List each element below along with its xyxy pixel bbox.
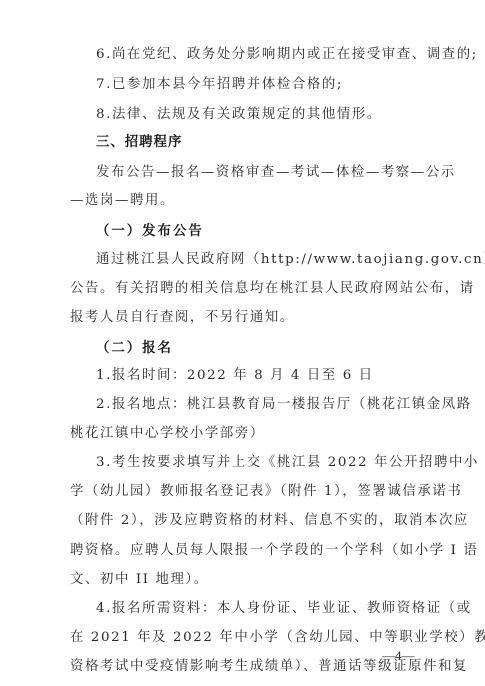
body-text-line: 1.报名时间：2022 年 8 月 4 日至 6 日 — [96, 367, 374, 385]
body-text-line: 3.考生按要求填写并上交《桃江县 2022 年公开招聘中小 — [96, 454, 479, 472]
body-text-line: 通过桃江县人民政府网（http://www.taojiang.gov.cn）发布 — [96, 251, 485, 269]
page-number: —4— — [382, 648, 415, 664]
body-text-line: 7.已参加本县今年招聘并体检合格的; — [96, 76, 343, 94]
body-text-line: 在 2021 年及 2022 年中小学（含幼儿园、中等职业学校）教师 — [70, 629, 485, 647]
subsection-heading: （二）报名 — [96, 339, 173, 357]
body-text-line: 2.报名地点：桃江县教育局一楼报告厅（桃花江镇金凤路 — [96, 396, 472, 414]
body-text-line: 发布公告—报名—资格审查—考试—体检—考察—公示 — [96, 164, 456, 182]
body-text-line: 8.法律、法规及有关政策规定的其他情形。 — [96, 106, 382, 124]
body-text-line: 文、初中 II 地理）。 — [70, 571, 209, 589]
body-text-line: 4.报名所需资料：本人身份证、毕业证、教师资格证（或 — [96, 600, 472, 618]
subsection-heading: （一）发布公告 — [96, 222, 204, 240]
body-text-line: 公告。有关招聘的相关信息均在桃江县人民政府网站公布，请 — [70, 280, 475, 298]
body-text-line: 聘资格。应聘人员每人限报一个学段的一个学科（如小学 I 语 — [70, 542, 478, 560]
body-text-line: 6.尚在党纪、政务处分影响期内或正在接受审查、调查的; — [96, 46, 478, 64]
body-text-line: 报考人员自行查阅，不另行通知。 — [70, 309, 295, 327]
body-text-line: —选岗—聘用。 — [70, 192, 175, 210]
body-text-line: 桃花江镇中心学校小学部旁） — [70, 425, 265, 443]
body-text-line: （附件 2），涉及应聘资格的材料、信息不实的，取消本次应 — [70, 512, 469, 530]
section-heading: 三、招聘程序 — [96, 134, 182, 152]
body-text-line: 学（幼儿园）教师报名登记表》（附件 1），签署诚信承诺书 — [70, 483, 462, 501]
